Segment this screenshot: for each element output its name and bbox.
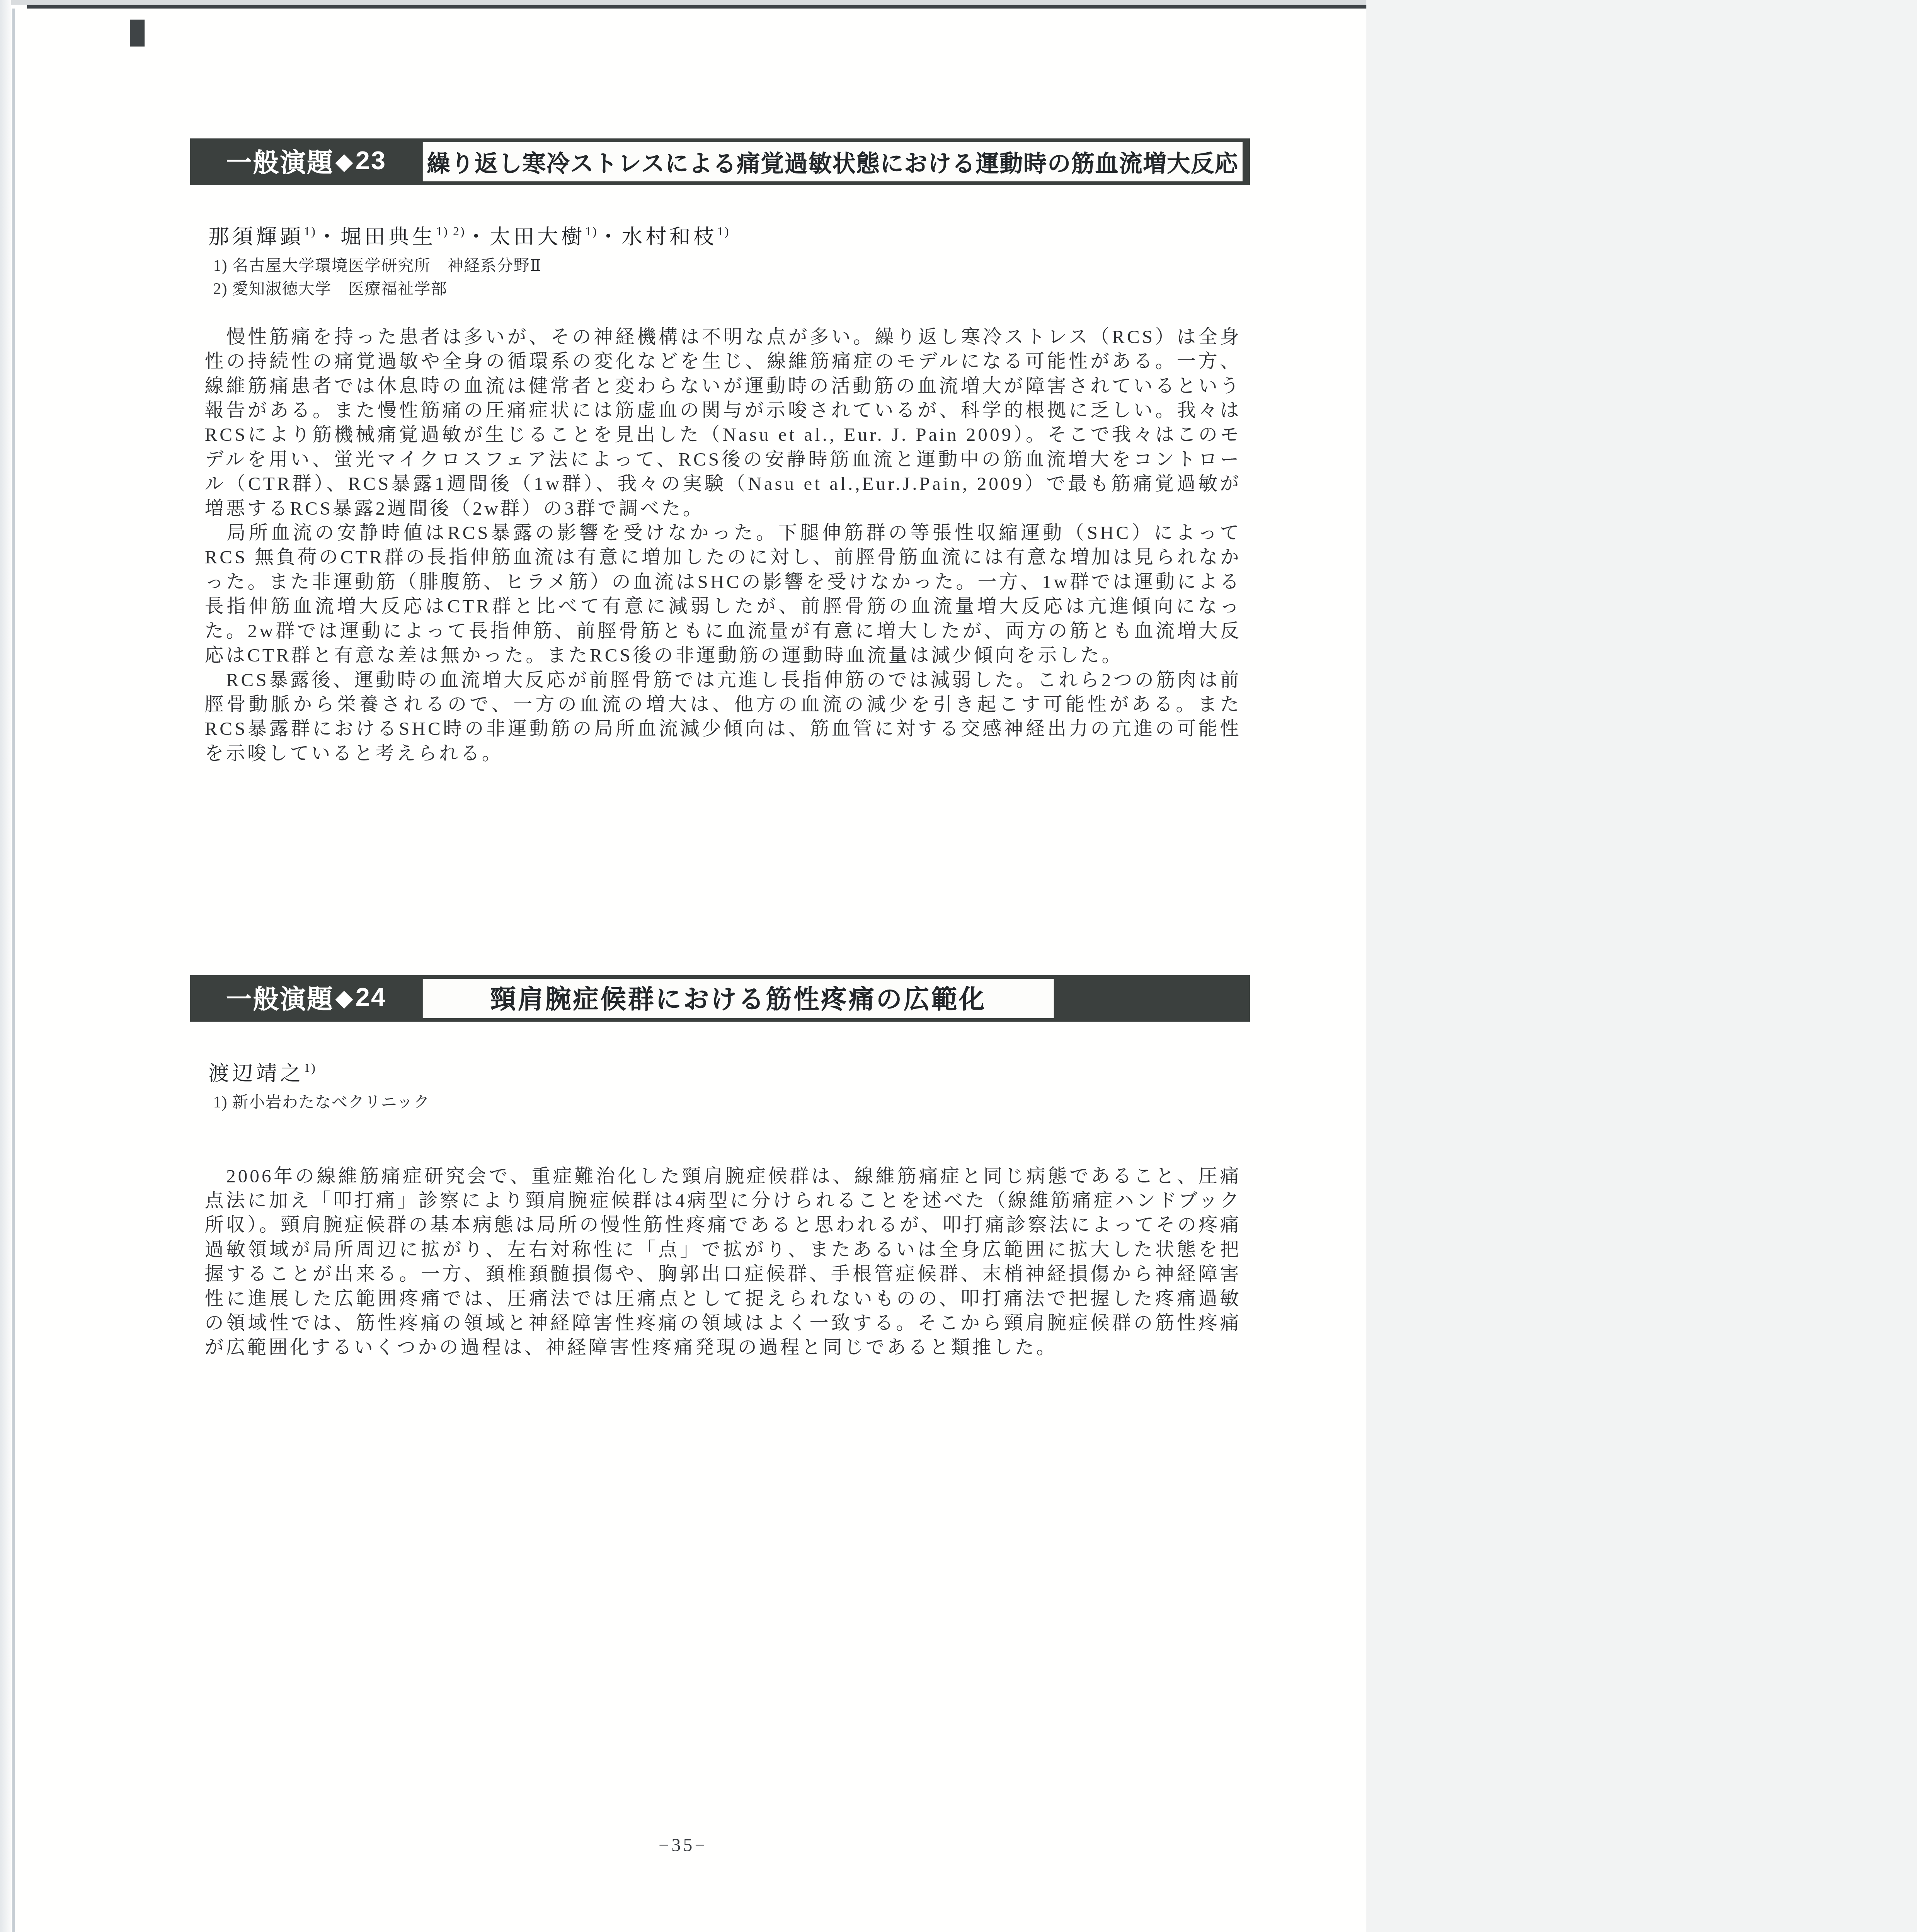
session-24-label-text: 一般演題 — [226, 980, 334, 1017]
abstract-23-title: 繰り返し寒冷ストレスによる痛覚過敏状態における運動時の筋血流増大反応 — [427, 145, 1238, 179]
abstract-24-authors: 渡辺靖之1) — [208, 1056, 317, 1087]
scan-viewport: 一般演題◆23 繰り返し寒冷ストレスによる痛覚過敏状態における運動時の筋血流増大… — [0, 0, 1917, 1932]
session-24-number: 24 — [356, 984, 386, 1013]
abstract-23-body: 慢性筋痛を持った患者は多いが、その神経機構は不明な点が多い。繰り返し寒冷ストレス… — [204, 326, 1241, 767]
abstract-24-title-box: 頸肩腕症候群における筋性疼痛の広範化 — [423, 979, 1054, 1018]
author-affil-ref: 1) — [717, 225, 730, 239]
abstract-24-paragraph-1: 2006年の線維筋痛症研究会で、重症難治化した頸肩腕症候群は、線維筋痛症と同じ病… — [204, 1165, 1241, 1361]
abstract-23-paragraph-1: 慢性筋痛を持った患者は多いが、その神経機構は不明な点が多い。繰り返し寒冷ストレス… — [204, 326, 1241, 522]
scan-artifact-left-line — [12, 9, 15, 1932]
session-24-title-bar: 一般演題◆24 頸肩腕症候群における筋性疼痛の広範化 — [190, 975, 1250, 1022]
author-affil-ref: 1) — [304, 1062, 317, 1076]
affiliation-line: 1) 新小岩わたなべクリニック — [213, 1092, 430, 1114]
abstract-23-affiliations: 1) 名古屋大学環境医学研究所 神経系分野Ⅱ 2) 愛知淑徳大学 医療福祉学部 — [213, 255, 541, 300]
abstract-23-authors: 那須輝顕1)・堀田典生1) 2)・太田大樹1)・水村和枝1) — [208, 219, 730, 250]
abstract-23-paragraph-2: 局所血流の安静時値はRCS暴露の影響を受けなかった。下腿伸筋群の等張性収縮運動（… — [204, 522, 1241, 669]
session-23-label-text: 一般演題 — [226, 143, 334, 180]
author-name: 渡辺靖之 — [208, 1062, 304, 1085]
session-23-title-bar: 一般演題◆23 繰り返し寒冷ストレスによる痛覚過敏状態における運動時の筋血流増大… — [190, 138, 1250, 185]
affiliation-line: 2) 愛知淑徳大学 医療福祉学部 — [213, 277, 541, 300]
author-affil-ref: 1) — [585, 225, 598, 239]
author-name: 堀田典生 — [340, 225, 436, 248]
scan-artifact-top-gray-strip — [0, 0, 1366, 5]
affiliation-line: 1) 名古屋大学環境医学研究所 神経系分野Ⅱ — [213, 255, 541, 277]
author-name: 水村和枝 — [622, 225, 717, 248]
diamond-icon: ◆ — [335, 985, 354, 1013]
author-name: 太田大樹 — [490, 225, 585, 248]
author-name: 那須輝顕 — [208, 225, 304, 248]
diamond-icon: ◆ — [335, 148, 354, 176]
abstract-24-affiliations: 1) 新小岩わたなべクリニック — [213, 1092, 430, 1114]
scanned-abstract-page: 一般演題◆23 繰り返し寒冷ストレスによる痛覚過敏状態における運動時の筋血流増大… — [0, 0, 1366, 1932]
author-affil-ref: 1) — [304, 225, 317, 239]
abstract-23-title-box: 繰り返し寒冷ストレスによる痛覚過敏状態における運動時の筋血流増大反応 — [423, 142, 1243, 181]
scan-artifact-left-band — [0, 0, 11, 1932]
session-24-label: 一般演題◆24 — [190, 975, 422, 1022]
abstract-23-paragraph-3: RCS暴露後、運動時の血流増大反応が前脛骨筋では亢進し長指伸筋のでは減弱した。こ… — [204, 669, 1241, 767]
abstract-24-body: 2006年の線維筋痛症研究会で、重症難治化した頸肩腕症候群は、線維筋痛症と同じ病… — [204, 1165, 1241, 1361]
page-number: −35− — [0, 1837, 1366, 1857]
author-separator: ・ — [466, 225, 490, 248]
abstract-24-title: 頸肩腕症候群における筋性疼痛の広範化 — [490, 980, 986, 1017]
author-affil-ref: 1) 2) — [436, 225, 466, 239]
session-23-number: 23 — [356, 147, 386, 176]
session-23-label: 一般演題◆23 — [190, 138, 422, 185]
author-separator: ・ — [598, 225, 622, 248]
author-separator: ・ — [317, 225, 340, 248]
scan-artifact-corner-mark — [130, 20, 145, 47]
scan-artifact-top-dark-line — [27, 5, 1366, 9]
